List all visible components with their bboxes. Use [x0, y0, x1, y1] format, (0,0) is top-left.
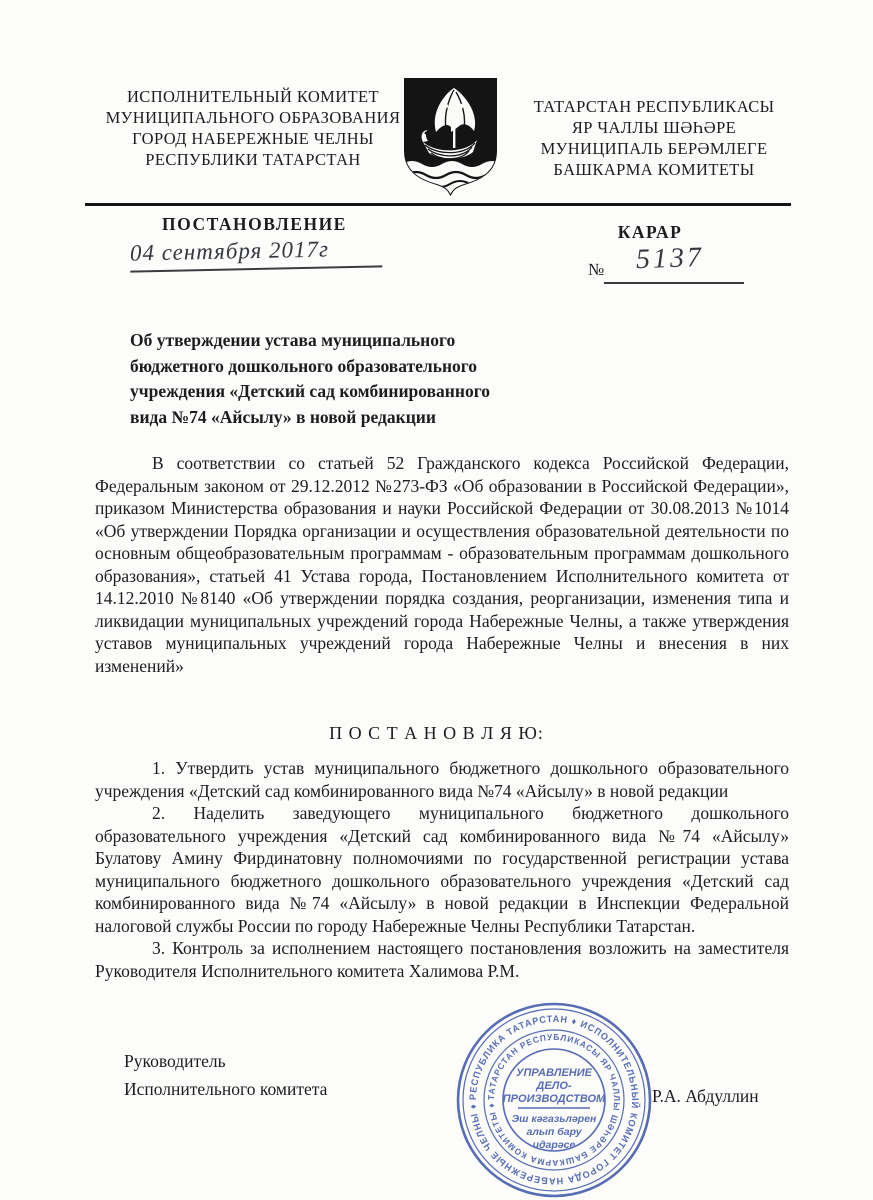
issuer-tt-line: МУНИЦИПАЛЬ БЕРӘМЛЕГЕ [503, 138, 805, 159]
decree-item-3: 3. Контроль за исполнением настоящего по… [95, 937, 789, 982]
stamp-center-ru-line: УПРАВЛЕНИЕ [516, 1067, 593, 1079]
stamp-center-tt-line: Эш кәгазьләрен [512, 1113, 597, 1125]
number-underline [604, 282, 744, 284]
stamp-center-tt-line: идарәсе [533, 1139, 576, 1151]
issuer-name-tatar: ТАТАРСТАН РЕСПУБЛИКАСЫ ЯР ЧАЛЛЫ ШӘҺӘРЕ М… [503, 96, 805, 180]
doc-type-russian: ПОСТАНОВЛЕНИЕ [162, 214, 347, 235]
stamp-center-ru-line: ПРОИЗВОДСТВОМ [503, 1093, 606, 1105]
decree-item-1: 1. Утвердить устав муниципального бюджет… [95, 757, 789, 802]
signer-name: Р.А. Абдуллин [652, 1086, 759, 1107]
official-round-stamp: РЕСПУБЛИКА ТАТАРСТАН ♦ ИСПОЛНИТЕЛЬНЫЙ КО… [446, 1000, 662, 1200]
number-label: № [588, 260, 604, 280]
subject-line: Об утверждении устава муниципального [130, 328, 590, 354]
issuer-name-russian: ИСПОЛНИТЕЛЬНЫЙ КОМИТЕТ МУНИЦИПАЛЬНОГО ОБ… [88, 86, 418, 170]
scanned-decree-page: ИСПОЛНИТЕЛЬНЫЙ КОМИТЕТ МУНИЦИПАЛЬНОГО ОБ… [0, 0, 873, 1200]
handwritten-number: 5137 [635, 242, 704, 276]
signer-title-line: Руководитель [124, 1047, 327, 1075]
stamp-center-ru-line: ДЕЛО- [535, 1080, 572, 1092]
subject-line: бюджетного дошкольного образовательного [130, 354, 590, 380]
issuer-tt-line: ЯР ЧАЛЛЫ ШӘҺӘРЕ [503, 117, 805, 138]
subject-line: вида №74 «Айсылу» в новой редакции [130, 405, 590, 431]
stamp-center-tt-line: алып бару [526, 1126, 582, 1138]
decree-subject: Об утверждении устава муниципального бюд… [130, 328, 590, 430]
resolve-heading: П О С Т А Н О В Л Я Ю: [0, 723, 873, 744]
doc-type-tatar: КАРАР [560, 222, 740, 243]
handwritten-date: 04 сентября 2017г [130, 235, 383, 272]
issuer-ru-line: РЕСПУБЛИКИ ТАТАРСТАН [88, 149, 418, 170]
decree-preamble: В соответствии со статьей 52 Гражданског… [95, 452, 789, 677]
issuer-ru-line: МУНИЦИПАЛЬНОГО ОБРАЗОВАНИЯ [88, 107, 418, 128]
issuer-ru-line: ГОРОД НАБЕРЕЖНЫЕ ЧЕЛНЫ [88, 128, 418, 149]
header-divider [85, 203, 791, 206]
issuer-tt-line: БАШКАРМА КОМИТЕТЫ [503, 159, 805, 180]
issuer-tt-line: ТАТАРСТАН РЕСПУБЛИКАСЫ [503, 96, 805, 117]
subject-line: учреждения «Детский сад комбинированного [130, 379, 590, 405]
coat-of-arms-icon [402, 76, 499, 198]
decree-item-2: 2. Наделить заведующего муниципального б… [95, 802, 789, 937]
signer-title-line: Исполнительного комитета [124, 1075, 327, 1103]
decree-items: 1. Утвердить устав муниципального бюджет… [95, 757, 789, 982]
signer-title: Руководитель Исполнительного комитета [124, 1047, 327, 1103]
issuer-ru-line: ИСПОЛНИТЕЛЬНЫЙ КОМИТЕТ [88, 86, 418, 107]
